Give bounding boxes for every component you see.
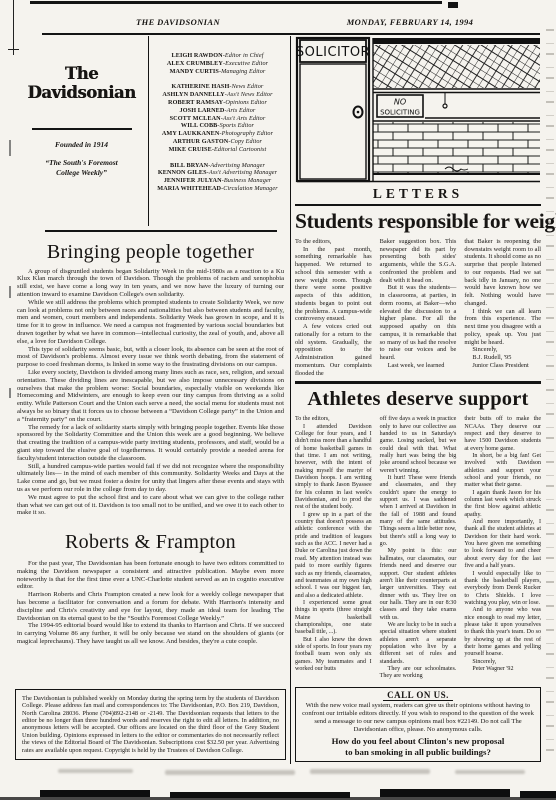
running-header-date: MONDAY, FEBRUARY 14, 1994 (330, 17, 490, 27)
section-divider-rule (295, 381, 541, 384)
staff-line: KATHERINE HASHNews Editor (149, 83, 286, 91)
paragraph: While we still address the problems whic… (17, 299, 284, 346)
staff-name: MARIA WHITEHEAD (157, 185, 221, 192)
staff-name: ALEX CRUMBLEY (167, 60, 223, 67)
staff-title: Ass't Arts Editor (221, 115, 266, 122)
scan-bottom-bar (40, 790, 150, 797)
staff-line: ROBERT RAMSAYOpinions Editor (149, 99, 286, 107)
staff-group: KATHERINE HASHNews EditorASHLYN DANNELLY… (149, 83, 286, 153)
paragraph: Last week, we learned (380, 362, 457, 370)
letter2-col2: off five days a week in practice only to… (380, 416, 457, 680)
staff-name: MIKE CRUISE (169, 146, 212, 153)
door: SOLICITOR (296, 38, 370, 181)
brick-wall (373, 122, 540, 174)
staff-line: WILL COBBSports Editor (149, 122, 286, 130)
paragraph: In short, be a big fan! Get involved wit… (464, 453, 541, 490)
staff-name: LEIGH RAWDON (171, 52, 222, 59)
staff-group: BILL BRYANAdvertising ManagerKENNON GILE… (149, 162, 286, 193)
staff-line: BILL BRYANAdvertising Manager (149, 162, 286, 170)
right-column: SOLICITOR NO SOLICITING (291, 36, 541, 764)
staff-group: LEIGH RAWDONEditor in ChiefALEX CRUMBLEY… (149, 52, 286, 75)
paragraph: And to anyone who was nice enough to rea… (464, 607, 541, 658)
masthead: The Davidsonian Founded in 1914 “The Sou… (15, 36, 286, 226)
paragraph: Harrison Roberts and Chris Frampton crea… (17, 591, 284, 622)
no-soliciting-sign: NO SOLICITING (377, 95, 423, 117)
left-column: The Davidsonian Founded in 1914 “The Sou… (15, 36, 291, 764)
paragraph: We must agree to put the school first an… (17, 494, 284, 517)
staff-title: Photography Editor (219, 130, 273, 137)
editorial-body-1: A group of disgruntled students began So… (15, 268, 286, 518)
paragraph: A group of disgruntled students began So… (17, 268, 284, 299)
scan-edge-tick (9, 140, 11, 156)
paragraph: To the editors, (295, 416, 372, 423)
paragraph: I grew up in a part of the country that … (295, 512, 372, 600)
letter1-col3: that Baker is reopening the downstairs w… (464, 238, 541, 378)
scan-smudge (310, 769, 430, 774)
letters-section-title: LETTERS (295, 186, 541, 202)
running-header: THE DAVIDSONIAN MONDAY, FEBRUARY 14, 199… (0, 17, 556, 31)
staff-line: JENNIFER JULYANBusiness Manager (149, 177, 286, 185)
letter1-body: To the editors,In the past month, someth… (295, 238, 541, 378)
staff-title: Copy Editor (228, 138, 262, 145)
staff-title: Editor in Chief (223, 52, 264, 59)
letter1-headline: Students responsible for weight room (295, 209, 541, 234)
staff-line: SCOTT MCLEANAss't Arts Editor (149, 115, 286, 123)
staff-title: Arts Editor (224, 107, 255, 114)
staff-title: Editorial Cartoonist (212, 146, 267, 153)
staff-title: Opinions Editor (223, 99, 267, 106)
staff-line: KENNON GILESAss't Advertising Manager (149, 169, 286, 177)
call-on-us-box: CALL ON US. With the new voice mail syst… (295, 687, 541, 762)
no-soliciting-line1: NO (394, 98, 406, 107)
paragraph: Still, a hundred campus-wide parties wou… (17, 463, 284, 494)
staff-name: KATHERINE HASH (172, 83, 230, 90)
colophon-box: The Davidsonian is published weekly on M… (15, 689, 286, 760)
paragraph: Sincerely, (464, 346, 541, 354)
question-line1: How do you feel about Clinton's new prop… (302, 736, 534, 747)
staff-title: Ass't News Editor (225, 91, 273, 98)
staff-line: ALEX CRUMBLEYExecutive Editor (149, 60, 286, 68)
staff-name: KENNON GILES (158, 169, 207, 176)
masthead-divider-rule (32, 128, 132, 130)
letter2-col3: their butts off to make the NCAAs. They … (464, 416, 541, 680)
staff-title: News Editor (229, 83, 263, 90)
editorial-headline-bringing-people-together: Bringing people together (15, 241, 286, 264)
motto-line2: College Weekly” (15, 168, 148, 178)
staff-line: LEIGH RAWDONEditor in Chief (149, 52, 286, 60)
paragraph: We are lucky to be in such a special sit… (380, 622, 457, 666)
nameplate: The Davidsonian (15, 64, 148, 102)
staff-title: Circulation Manager (221, 185, 278, 192)
paragraph: They are our schoolmates. They are worki… (380, 666, 457, 681)
paragraph: My point is this: our hallmates, our cla… (380, 548, 457, 621)
paragraph: B.J. Rudell, '95 (464, 354, 541, 362)
staff-line: ARTHUR GASTONCopy Editor (149, 138, 286, 146)
scan-smudge (165, 770, 295, 775)
paragraph: that Baker is reopening the downstairs w… (464, 238, 541, 308)
letter2-headline: Athletes deserve support (295, 388, 541, 411)
header-rule (42, 33, 540, 35)
paragraph: I think we can all learn from this exper… (464, 308, 541, 347)
paragraph: It hurt! These were friends and classmat… (380, 475, 457, 548)
scan-bottom-bar (380, 789, 510, 797)
staff-name: SCOTT MCLEAN (170, 115, 221, 122)
staff-name: AMY LAUKKANEN (162, 130, 220, 137)
lattice-panel (373, 45, 540, 88)
staff-name: ROBERT RAMSAY (168, 99, 223, 106)
paragraph: But I also knew the down side of sports.… (295, 637, 372, 674)
paragraph: For the past year, The Davidsonian has b… (17, 560, 284, 591)
letter2-body: To the editors,I attended Davidson Colle… (295, 416, 541, 680)
letter2-col1: To the editors,I attended Davidson Colle… (295, 416, 372, 680)
scan-edge-noise (546, 20, 554, 760)
scan-smudge (455, 770, 525, 774)
paragraph: Baker suggestion box. This newspaper did… (380, 238, 457, 285)
staff-name: ASHLYN DANNELLY (162, 91, 224, 98)
scan-smudge (58, 769, 133, 773)
letter1-col2: Baker suggestion box. This newspaper did… (380, 238, 457, 378)
staff-line: JOSH LARNEDArts Editor (149, 107, 286, 115)
scan-edge-tick (9, 388, 11, 398)
staff-title: Sports Editor (217, 122, 254, 129)
paragraph: I would especially like to thank the bas… (464, 571, 541, 608)
staff-title: Business Manager (222, 177, 272, 184)
question-line2: to ban smoking in all public buildings? (302, 747, 534, 758)
founded-line: Founded in 1914 (15, 140, 148, 149)
call-on-us-title: CALL ON US. (302, 690, 534, 700)
paragraph: Like every society, Davidson is divided … (17, 369, 284, 424)
question-of-the-week: How do you feel about Clinton's new prop… (302, 736, 534, 757)
page-content: The Davidsonian Founded in 1914 “The Sou… (15, 36, 541, 764)
paragraph: And more importantly, I thank all the st… (464, 519, 541, 570)
staff-title: Executive Editor (223, 60, 268, 67)
house-wall: NO SOLICITING (373, 38, 540, 174)
staff-line: ASHLYN DANNELLYAss't News Editor (149, 91, 286, 99)
scan-edge-line (30, 1, 442, 4)
motto: “The South's Foremost College Weekly” (15, 158, 148, 178)
editorial-body-2: For the past year, The Davidsonian has b… (15, 560, 286, 646)
call-on-us-body: With the new voice mail system, readers … (302, 702, 534, 734)
staff-line: AMY LAUKKANENPhotography Editor (149, 130, 286, 138)
staff-title: Managing Editor (219, 68, 265, 75)
staff-name: JOSH LARNED (180, 107, 225, 114)
staff-title: Advertising Manager (208, 162, 265, 169)
editorial-cartoon: SOLICITOR NO SOLICITING (295, 36, 541, 183)
staff-name: WILL COBB (181, 122, 218, 129)
motto-line1: “The South's Foremost (15, 158, 148, 168)
paragraph: To the editors, (295, 238, 372, 246)
editorial-headline-roberts-frampton: Roberts & Frampton (15, 531, 286, 554)
paragraph: The 1994-95 editorial board would like t… (17, 622, 284, 645)
letter1-col1: To the editors,In the past month, someth… (295, 238, 372, 378)
scan-edge-blob (448, 2, 458, 8)
letters-rule (295, 204, 541, 206)
masthead-nameplate-panel: The Davidsonian Founded in 1914 “The Sou… (15, 36, 149, 226)
staff-line: MANDY CURTISManaging Editor (149, 68, 286, 76)
paragraph: I attended Davidson College for four yea… (295, 424, 372, 512)
staff-name: BILL BRYAN (170, 162, 208, 169)
paragraph: But it was the students—in classrooms, a… (380, 284, 457, 362)
paragraph: This type of solidarity seems basic, but… (17, 346, 284, 369)
paragraph: I again thank Jason for his column last … (464, 490, 541, 519)
paragraph: I experienced some great things in sport… (295, 600, 372, 637)
paragraph: Peter Wagner '92 (464, 666, 541, 673)
scan-edge-tick (9, 286, 11, 298)
cartoon-drawing: SOLICITOR NO SOLICITING (295, 36, 542, 183)
staff-name: MANDY CURTIS (170, 68, 219, 75)
masthead-bottom-rule (45, 230, 277, 232)
paragraph: In the past month, something remarkable … (295, 246, 372, 324)
paragraph: The remedy for a lack of solidarity star… (17, 424, 284, 463)
staff-name: JENNIFER JULYAN (164, 177, 222, 184)
staff-line: MARIA WHITEHEADCirculation Manager (149, 185, 286, 193)
staff-list: LEIGH RAWDONEditor in ChiefALEX CRUMBLEY… (149, 36, 286, 226)
staff-name: ARTHUR GASTON (173, 138, 228, 145)
eave-bar (373, 38, 540, 44)
paragraph: Junior Class President (464, 362, 541, 370)
door-sign-text: SOLICITOR (296, 45, 370, 60)
no-soliciting-line2: SOLICITING (380, 109, 420, 117)
paragraph: A few voices cried out rationally for a … (295, 323, 372, 377)
paragraph: their butts off to make the NCAAs. They … (464, 416, 541, 453)
staff-line: MIKE CRUISEEditorial Cartoonist (149, 146, 286, 154)
paragraph: Sincerely, (464, 659, 541, 666)
staff-title: Ass't Advertising Manager (207, 169, 278, 176)
paragraph: off five days a week in practice only to… (380, 416, 457, 475)
running-header-title: THE DAVIDSONIAN (108, 17, 248, 27)
newspaper-page: THE DAVIDSONIAN MONDAY, FEBRUARY 14, 199… (0, 0, 556, 800)
